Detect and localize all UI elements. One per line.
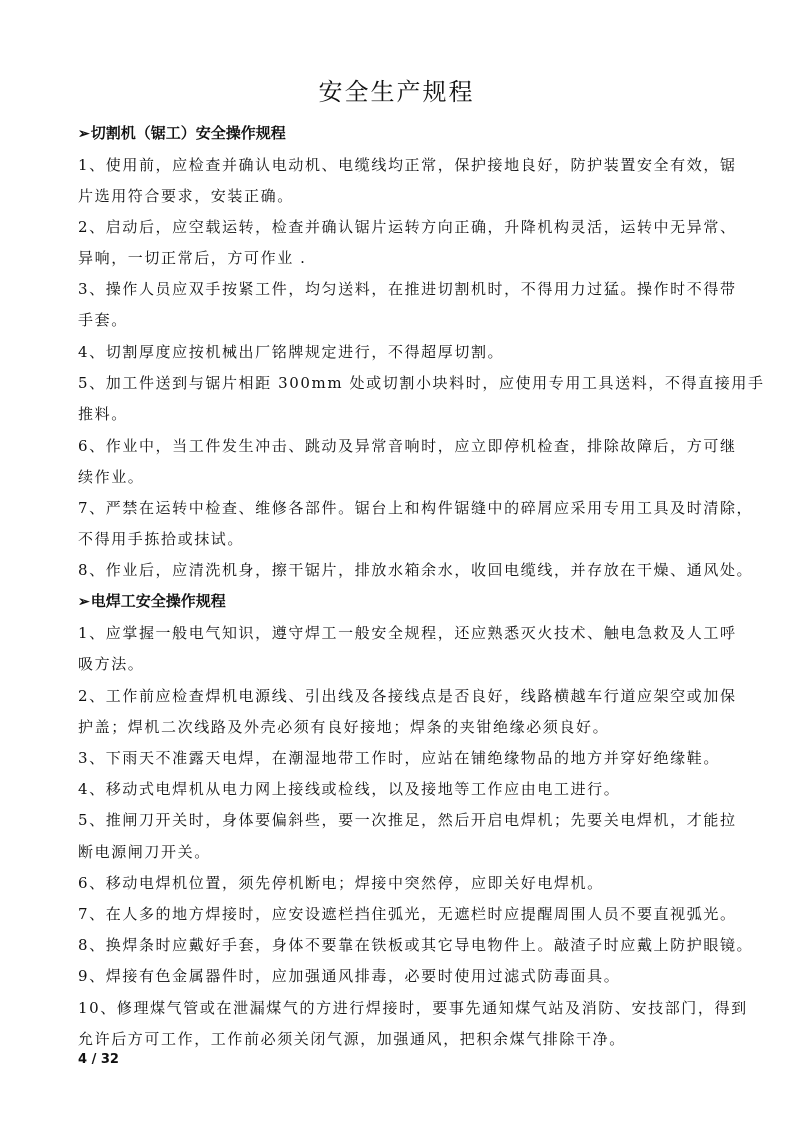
text-line: 允许后方可工作，工作前必须关闭气源，加强通风，把积余煤气排除干净。 xyxy=(78,1029,626,1049)
arrow-bullet-icon: ➢ xyxy=(78,594,90,610)
text-line: 吸方法。 xyxy=(78,654,144,674)
text-line: 护盖；焊机二次线路及外壳必须有良好接地；焊条的夹钳绝缘必须良好。 xyxy=(78,717,609,737)
text-line: 异响，一切正常后，方可作业 . xyxy=(78,248,307,268)
text-line: 6、作业中，当工件发生冲击、跳动及异常音响时，应立即停机检查，排除故障后，方可继 xyxy=(78,436,737,456)
text-line: 6、移动电焊机位置，须先停机断电；焊接中突然停，应即关好电焊机。 xyxy=(78,873,604,893)
section-heading-text: 切割机（锯工）安全操作规程 xyxy=(91,124,286,142)
text-line: 续作业。 xyxy=(78,467,144,487)
text-line: 3、操作人员应双手按紧工件，均匀送料，在推进切割机时，不得用力过猛。操作时不得带 xyxy=(78,279,737,299)
text-line: 3、下雨天不准露天电焊，在潮湿地带工作时，应站在铺绝缘物品的地方并穿好绝缘鞋。 xyxy=(78,748,720,768)
document-page: 安全生产规程 ➢切割机（锯工）安全操作规程 1、使用前，应检查并确认电动机、电缆… xyxy=(0,0,793,1122)
text-line: 2、启动后，应空载运转，检查并确认锯片运转方向正确，升降机构灵活，运转中无异常、 xyxy=(78,217,737,237)
text-line: 断电源闸刀开关。 xyxy=(78,842,211,862)
text-line: 4、移动式电焊机从电力网上接线或检线，以及接地等工作应由电工进行。 xyxy=(78,779,620,799)
text-line: 片选用符合要求，安装正确。 xyxy=(78,186,294,206)
text-line: 8、换焊条时应戴好手套，身体不要靠在铁板或其它导电物件上。敲渣子时应戴上防护眼镜… xyxy=(78,935,753,955)
page-number: 4 / 32 xyxy=(78,1052,119,1067)
page-title: 安全生产规程 xyxy=(0,76,793,108)
section-heading-welding: ➢电焊工安全操作规程 xyxy=(78,591,226,612)
text-line: 不得用手拣拾或抹试。 xyxy=(78,529,244,549)
section-heading-text: 电焊工安全操作规程 xyxy=(91,592,226,610)
text-line: 2、工作前应检查焊机电源线、引出线及各接线点是否良好，线路横越车行道应架空或加保 xyxy=(78,686,737,706)
text-line: 手套。 xyxy=(78,310,128,330)
text-line: 5、加工件送到与锯片相距 300mm 处或切割小块料时，应使用专用工具送料，不得… xyxy=(78,373,765,393)
text-line: 5、推闸刀开关时，身体要偏斜些，要一次推足，然后开启电焊机；先要关电焊机，才能拉 xyxy=(78,810,737,830)
text-line: 4、切割厚度应按机械出厂铭牌规定进行，不得超厚切割。 xyxy=(78,342,504,362)
text-line: 1、应掌握一般电气知识，遵守焊工一般安全规程，还应熟悉灭火技术、触电急救及人工呼 xyxy=(78,623,737,643)
text-line: 10、修理煤气管或在泄漏煤气的方进行焊接时，要事先通知煤气站及消防、安技部门，得… xyxy=(78,998,748,1018)
text-line: 7、在人多的地方焊接时，应安设遮栏挡住弧光，无遮栏时应提醒周围人员不要直视弧光。 xyxy=(78,904,737,924)
text-line: 7、严禁在运转中检查、维修各部件。锯台上和构件锯缝中的碎屑应采用专用工具及时清除… xyxy=(78,498,753,518)
text-line: 9、焊接有色金属器件时，应加强通风排毒，必要时使用过滤式防毒面具。 xyxy=(78,966,620,986)
text-line: 推料。 xyxy=(78,404,128,424)
section-heading-saw: ➢切割机（锯工）安全操作规程 xyxy=(78,123,286,144)
text-line: 8、作业后，应清洗机身，擦干锯片，排放水箱余水，收回电缆线，并存放在干燥、通风处… xyxy=(78,560,753,580)
text-line: 1、使用前，应检查并确认电动机、电缆线均正常，保护接地良好，防护装置安全有效，锯 xyxy=(78,155,737,175)
arrow-bullet-icon: ➢ xyxy=(78,126,90,142)
